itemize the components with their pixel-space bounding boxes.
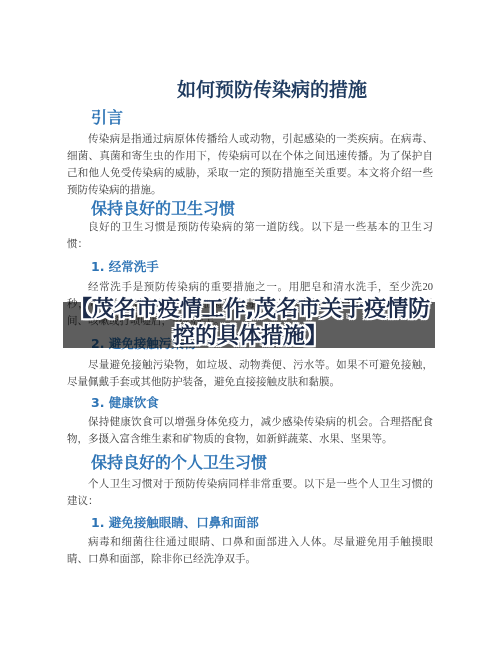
watermark-caption-line2: 控的具体措施】 xyxy=(0,323,500,350)
hygiene-habits-intro-paragraph: 良好的卫生习惯是预防传染病的第一道防线。以下是一些基本的卫生习惯： xyxy=(67,219,433,253)
subsection-heading-avoid-touching-face: 1. 避免接触眼睛、口鼻和面部 xyxy=(91,514,433,532)
section-heading-personal-hygiene: 保持良好的个人卫生习惯 xyxy=(91,453,433,473)
section-heading-introduction: 引言 xyxy=(91,108,433,128)
personal-hygiene-intro-paragraph: 个人卫生习惯对于预防传染病同样非常重要。以下是一些个人卫生习惯的建议： xyxy=(67,476,433,510)
subsection-heading-healthy-diet: 3. 健康饮食 xyxy=(91,394,433,412)
avoid-touching-face-paragraph: 病毒和细菌往往通过眼睛、口鼻和面部进入人体。尽量避免用手触摸眼睛、口鼻和面部，除… xyxy=(67,534,433,568)
watermark-caption-line1: 【茂名市疫情工作,茂名市关于疫情防 xyxy=(0,296,500,323)
section-heading-hygiene-habits: 保持良好的卫生习惯 xyxy=(91,199,433,219)
subsection-heading-wash-hands: 1. 经常洗手 xyxy=(91,258,433,276)
avoid-contaminants-paragraph: 尽量避免接触污染物，如垃圾、动物粪便、污水等。如果不可避免接触，尽量佩戴手套或其… xyxy=(67,357,433,391)
healthy-diet-paragraph: 保持健康饮食可以增强身体免疫力，减少感染传染病的机会。合理搭配食物，多摄入富含维… xyxy=(67,414,433,448)
watermark-caption: 【茂名市疫情工作,茂名市关于疫情防 控的具体措施】 xyxy=(0,296,500,350)
document-title: 如何预防传染病的措施 xyxy=(89,78,455,102)
document-page: 如何预防传染病的措施 引言 传染病是指通过病原体传播给人或动物，引起感染的一类疾… xyxy=(0,0,500,647)
introduction-paragraph: 传染病是指通过病原体传播给人或动物，引起感染的一类疾病。在病毒、细菌、真菌和寄生… xyxy=(67,131,433,199)
